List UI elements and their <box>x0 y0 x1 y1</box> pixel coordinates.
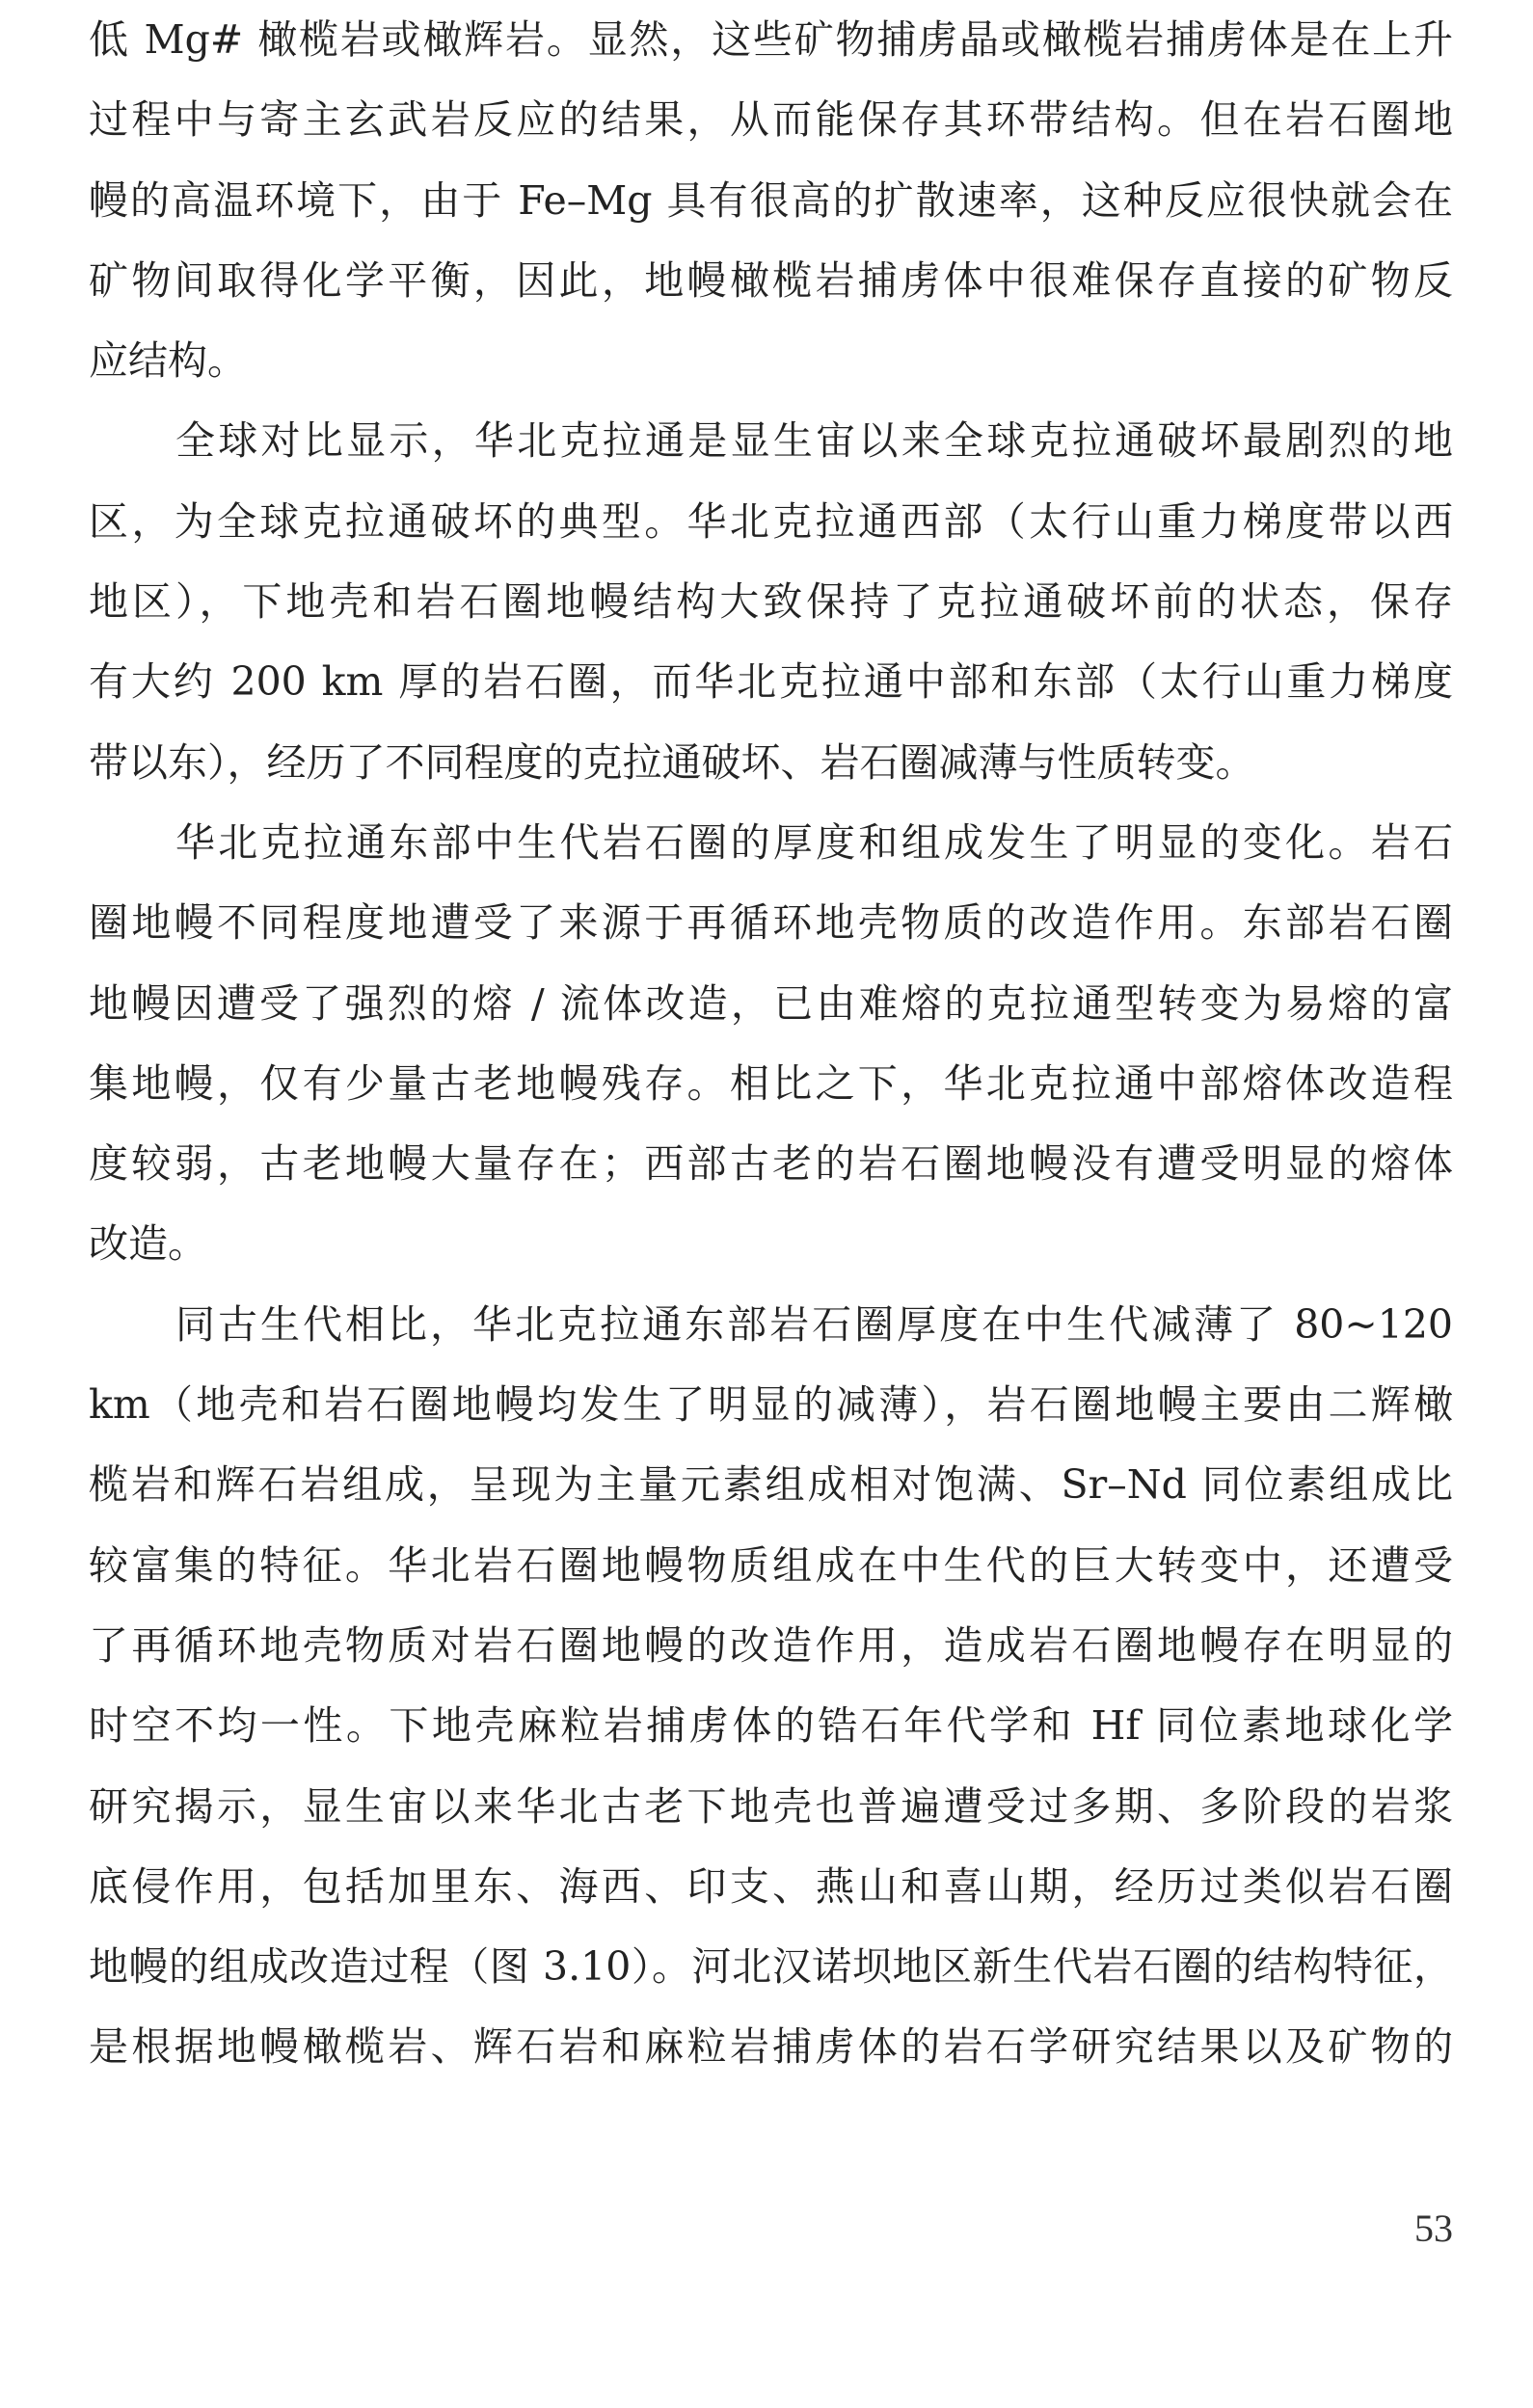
text-line: 度较弱，古老地幔大量存在；西部古老的岩石圈地幔没有遭受明显的熔体 <box>89 1124 1453 1204</box>
page-number: 53 <box>1414 2200 1453 2258</box>
text-line: 了再循环地壳物质对岩石圈地幔的改造作用，造成岩石圈地幔存在明显的 <box>89 1606 1453 1686</box>
text-line: 地区），下地壳和岩石圈地幔结构大致保持了克拉通破坏前的状态，保存 <box>89 562 1453 642</box>
paragraph: 低 Mg# 橄榄岩或橄辉岩。显然，这些矿物捕虏晶或橄榄岩捕虏体是在上升 过程中与… <box>89 0 1453 401</box>
text-line: 全球对比显示，华北克拉通是显生宙以来全球克拉通破坏最剧烈的地 <box>89 401 1453 481</box>
text-line: 较富集的特征。华北岩石圈地幔物质组成在中生代的巨大转变中，还遭受 <box>89 1526 1453 1606</box>
text-line: 底侵作用，包括加里东、海西、印支、燕山和喜山期，经历过类似岩石圈 <box>89 1847 1453 1927</box>
text-line: 区，为全球克拉通破坏的典型。华北克拉通西部（太行山重力梯度带以西 <box>89 482 1453 562</box>
text-line: km（地壳和岩石圈地幔均发生了明显的减薄），岩石圈地幔主要由二辉橄 <box>89 1365 1453 1445</box>
document-page: 低 Mg# 橄榄岩或橄辉岩。显然，这些矿物捕虏晶或橄榄岩捕虏体是在上升 过程中与… <box>0 0 1533 2408</box>
text-line: 应结构。 <box>89 321 1453 401</box>
text-line: 是根据地幔橄榄岩、辉石岩和麻粒岩捕虏体的岩石学研究结果以及矿物的 <box>89 2007 1453 2087</box>
text-line: 同古生代相比，华北克拉通东部岩石圈厚度在中生代减薄了 80~120 <box>89 1285 1453 1365</box>
text-line: 时空不均一性。下地壳麻粒岩捕虏体的锆石年代学和 Hf 同位素地球化学 <box>89 1686 1453 1766</box>
paragraph: 同古生代相比，华北克拉通东部岩石圈厚度在中生代减薄了 80~120 km（地壳和… <box>89 1285 1453 2088</box>
body-text: 低 Mg# 橄榄岩或橄辉岩。显然，这些矿物捕虏晶或橄榄岩捕虏体是在上升 过程中与… <box>89 0 1453 2088</box>
text-line: 改造。 <box>89 1204 1453 1284</box>
text-line: 矿物间取得化学平衡，因此，地幔橄榄岩捕虏体中很难保存直接的矿物反 <box>89 241 1453 321</box>
text-line: 华北克拉通东部中生代岩石圈的厚度和组成发生了明显的变化。岩石 <box>89 803 1453 883</box>
text-line: 研究揭示，显生宙以来华北古老下地壳也普遍遭受过多期、多阶段的岩浆 <box>89 1767 1453 1847</box>
text-line: 地幔的组成改造过程（图 3.10）。河北汉诺坝地区新生代岩石圈的结构特征， <box>89 1927 1453 2007</box>
text-line: 幔的高温环境下，由于 Fe–Mg 具有很高的扩散速率，这种反应很快就会在 <box>89 161 1453 241</box>
text-line: 地幔因遭受了强烈的熔 / 流体改造，已由难熔的克拉通型转变为易熔的富 <box>89 964 1453 1044</box>
text-line: 带以东），经历了不同程度的克拉通破坏、岩石圈减薄与性质转变。 <box>89 723 1453 803</box>
paragraph: 华北克拉通东部中生代岩石圈的厚度和组成发生了明显的变化。岩石 圈地幔不同程度地遭… <box>89 803 1453 1285</box>
text-line: 有大约 200 km 厚的岩石圈，而华北克拉通中部和东部（太行山重力梯度 <box>89 642 1453 722</box>
text-line: 圈地幔不同程度地遭受了来源于再循环地壳物质的改造作用。东部岩石圈 <box>89 883 1453 963</box>
text-line: 低 Mg# 橄榄岩或橄辉岩。显然，这些矿物捕虏晶或橄榄岩捕虏体是在上升 <box>89 0 1453 80</box>
paragraph: 全球对比显示，华北克拉通是显生宙以来全球克拉通破坏最剧烈的地 区，为全球克拉通破… <box>89 401 1453 802</box>
text-line: 集地幔，仅有少量古老地幔残存。相比之下，华北克拉通中部熔体改造程 <box>89 1044 1453 1124</box>
text-line: 榄岩和辉石岩组成，呈现为主量元素组成相对饱满、Sr–Nd 同位素组成比 <box>89 1445 1453 1525</box>
text-line: 过程中与寄主玄武岩反应的结果，从而能保存其环带结构。但在岩石圈地 <box>89 80 1453 160</box>
